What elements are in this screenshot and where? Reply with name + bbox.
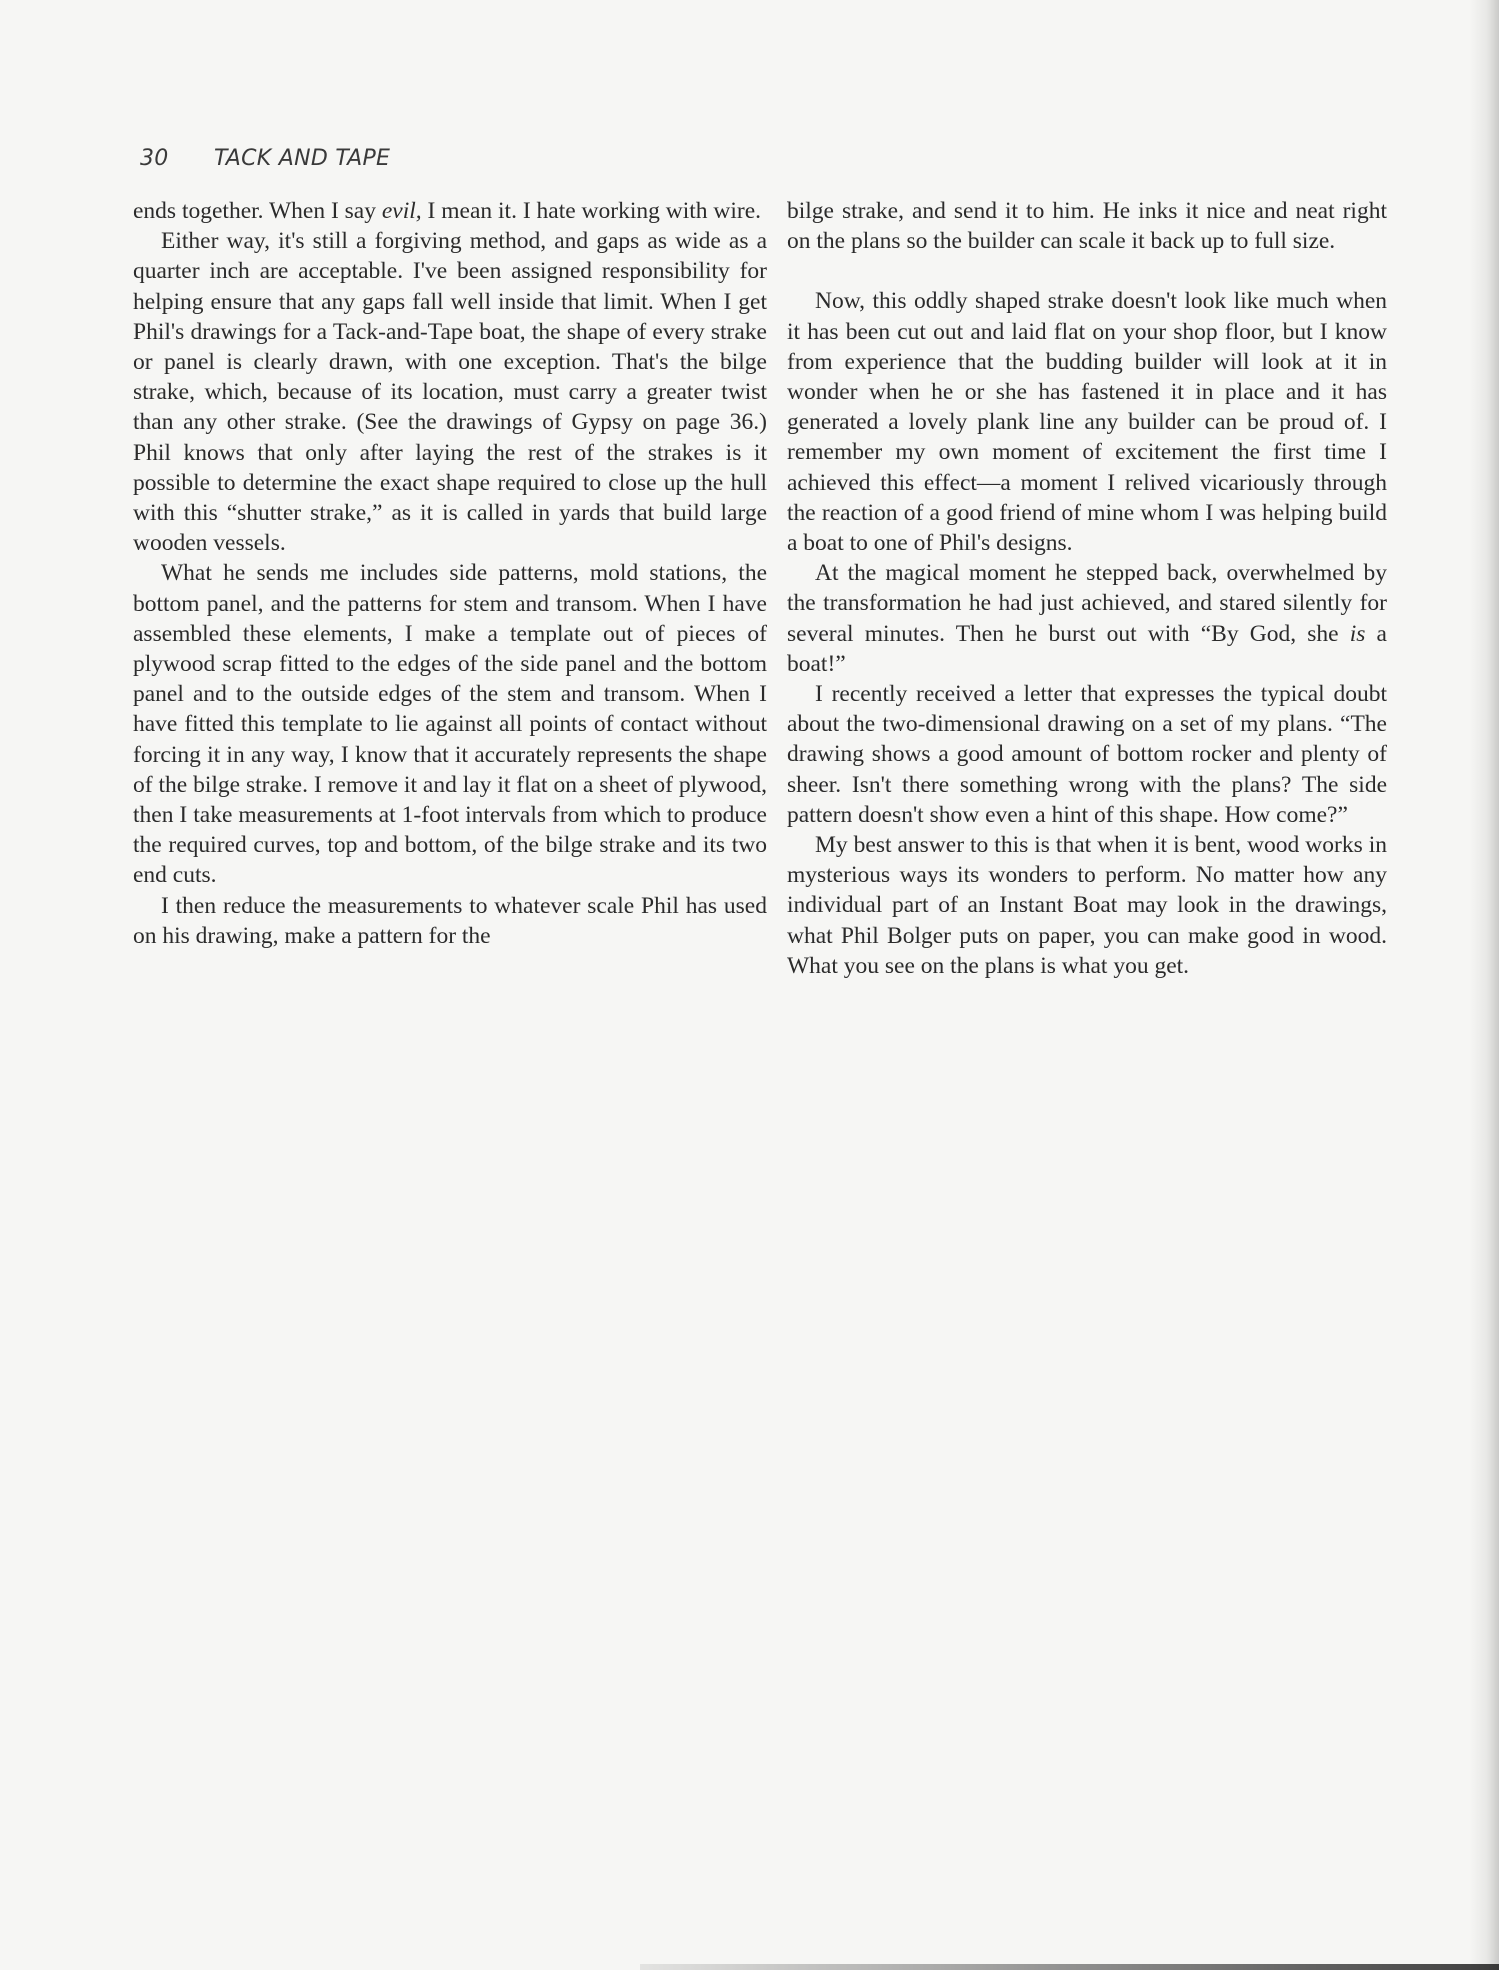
- emphasis: evil,: [382, 198, 422, 224]
- paragraph: At the magical moment he stepped back, o…: [787, 558, 1387, 679]
- paragraph: I then reduce the measurements to whatev…: [133, 891, 767, 951]
- running-title: TACK AND TAPE: [214, 146, 390, 171]
- page-number: 30: [140, 146, 214, 171]
- running-header: 30TACK AND TAPE: [140, 146, 390, 171]
- page-bottom-edge: [640, 1964, 1499, 1970]
- paragraph: ends together. When I say evil, I mean i…: [133, 196, 767, 226]
- right-column: bilge strake, and send it to him. He ink…: [787, 196, 1387, 981]
- left-column: ends together. When I say evil, I mean i…: [133, 196, 767, 951]
- page-binding-shadow: [1469, 0, 1499, 1970]
- emphasis: is: [1350, 621, 1366, 647]
- paragraph: bilge strake, and send it to him. He ink…: [787, 196, 1387, 256]
- paragraph: My best answer to this is that when it i…: [787, 830, 1387, 981]
- paragraph: Either way, it's still a forgiving metho…: [133, 226, 767, 558]
- paragraph: I recently received a letter that expres…: [787, 679, 1387, 830]
- paragraph: What he sends me includes side patterns,…: [133, 558, 767, 890]
- paragraph: Now, this oddly shaped strake doesn't lo…: [787, 286, 1387, 558]
